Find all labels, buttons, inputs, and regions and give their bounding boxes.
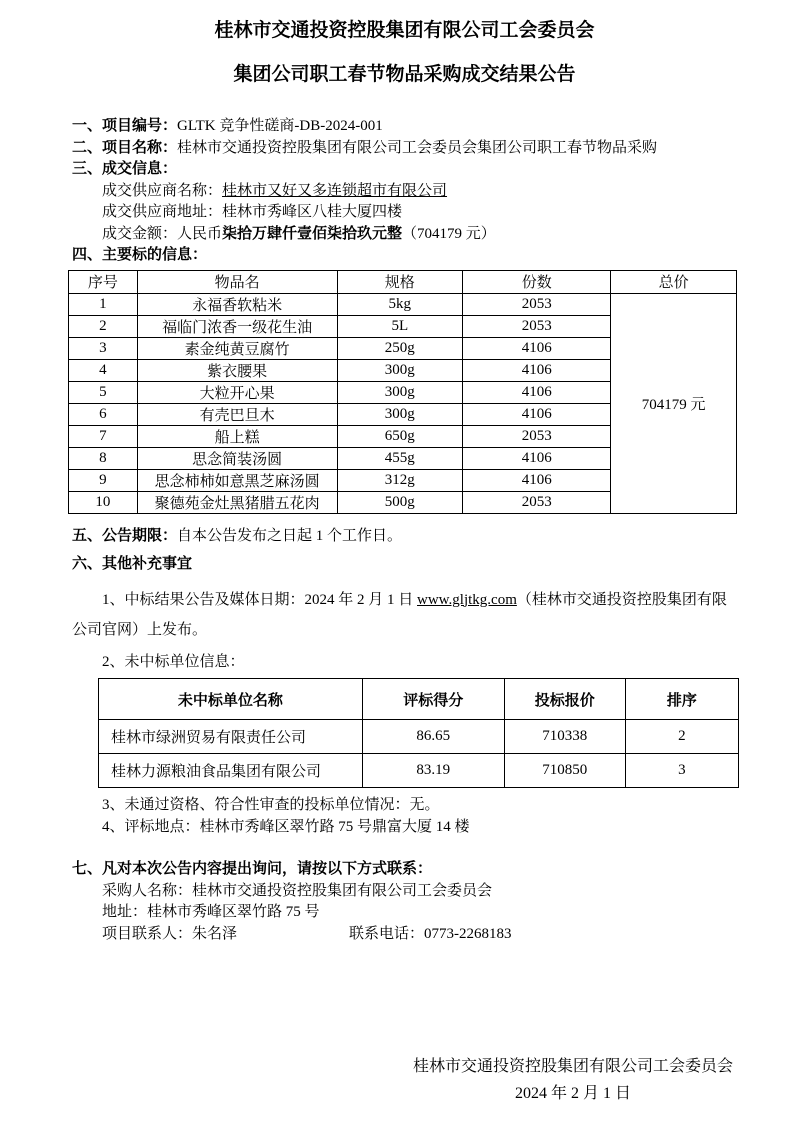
section-1-project-number: 一、项目编号：GLTK 竞争性磋商-DB-2024-001: [72, 116, 737, 138]
section-1-label: 一、项目编号：: [72, 118, 177, 134]
section-5-label: 五、公告期限：: [72, 528, 177, 544]
header-cell-no: 序号: [69, 270, 138, 293]
item-spec: 5kg: [337, 293, 463, 315]
deal-amount-prefix: 人民币: [177, 226, 222, 242]
header-cell-score: 评标得分: [362, 679, 504, 720]
unqualified-bidders-line: 3、未通过资格、符合性审查的投标单位情况：无。: [72, 795, 737, 817]
contact-phone-label: 联系电话：: [349, 926, 424, 942]
item-qty: 4106: [463, 381, 611, 403]
deal-amount-numeric: （704179 元）: [402, 226, 496, 242]
project-name-value: 桂林市交通投资控股集团有限公司工会委员会集团公司职工春节物品采购: [177, 140, 657, 156]
signature-org: 桂林市交通投资控股集团有限公司工会委员会: [413, 1053, 733, 1080]
notice-period-value: 自本公告发布之日起 1 个工作日。: [177, 528, 402, 544]
bidder-score: 83.19: [362, 754, 504, 788]
main-items-table: 序号 物品名 规格 份数 总价 1 永福香软粘米 5kg 2053 704179…: [68, 270, 737, 514]
website-link[interactable]: www.gljtkg.com: [417, 592, 517, 608]
losing-bidders-table: 未中标单位名称 评标得分 投标报价 排序 桂林市绿洲贸易有限责任公司 86.65…: [98, 678, 739, 788]
contact-phone-value: 0773-2268183: [424, 926, 512, 942]
item-name: 聚德苑金灶黑猪腊五花肉: [137, 491, 337, 513]
header-cell-total: 总价: [611, 270, 737, 293]
header-cell-bid-price: 投标报价: [504, 679, 625, 720]
award-publish-prefix: 1、中标结果公告及媒体日期：2024 年 2 月 1 日: [102, 592, 417, 608]
doc-title-line2: 集团公司职工春节物品采购成交结果公告: [72, 64, 737, 85]
item-spec: 300g: [337, 381, 463, 403]
bidder-name: 桂林力源粮油食品集团有限公司: [99, 754, 363, 788]
total-price-cell: 704179 元: [611, 293, 737, 513]
contact-line: 项目联系人：朱名泽联系电话：0773-2268183: [72, 924, 737, 946]
purchaser-address-line: 地址：桂林市秀峰区翠竹路 75 号: [72, 902, 737, 924]
signature-date: 2024 年 2 月 1 日: [413, 1080, 733, 1107]
item-row: 1 永福香软粘米 5kg 2053 704179 元: [69, 293, 737, 315]
losing-bidders-heading: 2、未中标单位信息：: [72, 652, 737, 674]
header-cell-name: 物品名: [137, 270, 337, 293]
bidder-rank: 3: [625, 754, 738, 788]
supplier-name-value: 桂林市又好又多连锁超市有限公司: [222, 183, 447, 199]
deal-amount-label: 成交金额：: [102, 226, 177, 242]
item-spec: 312g: [337, 469, 463, 491]
item-no: 7: [69, 425, 138, 447]
item-no: 10: [69, 491, 138, 513]
header-cell-rank: 排序: [625, 679, 738, 720]
losing-bidder-row: 桂林力源粮油食品集团有限公司 83.19 710850 3: [99, 754, 739, 788]
item-qty: 4106: [463, 359, 611, 381]
item-no: 3: [69, 337, 138, 359]
section-2-label: 二、项目名称：: [72, 140, 177, 156]
item-qty: 4106: [463, 469, 611, 491]
item-spec: 5L: [337, 315, 463, 337]
item-no: 6: [69, 403, 138, 425]
item-qty: 4106: [463, 447, 611, 469]
item-no: 2: [69, 315, 138, 337]
item-qty: 2053: [463, 293, 611, 315]
losing-bidder-row: 桂林市绿洲贸易有限责任公司 86.65 710338 2: [99, 720, 739, 754]
deal-amount-line: 成交金额：人民币柒拾万肆仟壹佰柒拾玖元整（704179 元）: [72, 224, 737, 246]
section-3-heading: 三、成交信息：: [72, 159, 737, 181]
supplier-address-label: 成交供应商地址：: [102, 204, 222, 220]
bidder-name: 桂林市绿洲贸易有限责任公司: [99, 720, 363, 754]
item-spec: 650g: [337, 425, 463, 447]
item-qty: 2053: [463, 491, 611, 513]
item-no: 5: [69, 381, 138, 403]
item-name: 永福香软粘米: [137, 293, 337, 315]
section-4-heading: 四、主要标的信息：: [72, 245, 737, 267]
bidder-score: 86.65: [362, 720, 504, 754]
item-qty: 4106: [463, 337, 611, 359]
section-7-heading: 七、凡对本次公告内容提出询问，请按以下方式联系：: [72, 859, 737, 881]
item-qty: 2053: [463, 315, 611, 337]
item-name: 大粒开心果: [137, 381, 337, 403]
section-5-notice-period: 五、公告期限：自本公告发布之日起 1 个工作日。: [72, 526, 737, 548]
purchaser-label: 采购人名称：: [102, 883, 192, 899]
item-name: 船上糕: [137, 425, 337, 447]
deal-amount-chinese: 柒拾万肆仟壹佰柒拾玖元整: [222, 226, 402, 242]
supplier-address-line: 成交供应商地址：桂林市秀峰区八桂大厦四楼: [72, 202, 737, 224]
section-2-project-name: 二、项目名称：桂林市交通投资控股集团有限公司工会委员会集团公司职工春节物品采购: [72, 138, 737, 160]
document-page: 桂林市交通投资控股集团有限公司工会委员会 集团公司职工春节物品采购成交结果公告 …: [0, 0, 793, 1122]
purchaser-address-value: 桂林市秀峰区翠竹路 75 号: [147, 904, 320, 920]
item-qty: 4106: [463, 403, 611, 425]
bidder-rank: 2: [625, 720, 738, 754]
purchaser-value: 桂林市交通投资控股集团有限公司工会委员会: [192, 883, 492, 899]
item-name: 福临门浓香一级花生油: [137, 315, 337, 337]
item-spec: 500g: [337, 491, 463, 513]
evaluation-location-line: 4、评标地点：桂林市秀峰区翠竹路 75 号鼎富大厦 14 楼: [72, 817, 737, 839]
item-qty: 2053: [463, 425, 611, 447]
contact-person-value: 朱名泽: [192, 926, 237, 942]
item-spec: 300g: [337, 403, 463, 425]
doc-title-line1: 桂林市交通投资控股集团有限公司工会委员会: [72, 20, 737, 41]
signature-block: 桂林市交通投资控股集团有限公司工会委员会 2024 年 2 月 1 日: [413, 1053, 733, 1107]
item-no: 1: [69, 293, 138, 315]
purchaser-line: 采购人名称：桂林市交通投资控股集团有限公司工会委员会: [72, 881, 737, 903]
project-number-value: GLTK 竞争性磋商-DB-2024-001: [177, 118, 383, 134]
item-no: 9: [69, 469, 138, 491]
item-spec: 300g: [337, 359, 463, 381]
purchaser-address-label: 地址：: [102, 904, 147, 920]
supplier-address-value: 桂林市秀峰区八桂大厦四楼: [222, 204, 402, 220]
item-spec: 250g: [337, 337, 463, 359]
supplier-name-line: 成交供应商名称：桂林市又好又多连锁超市有限公司: [72, 181, 737, 203]
item-name: 思念简装汤圆: [137, 447, 337, 469]
award-publish-paragraph: 1、中标结果公告及媒体日期：2024 年 2 月 1 日 www.gljtkg.…: [72, 585, 727, 645]
losing-table-header-row: 未中标单位名称 评标得分 投标报价 排序: [99, 679, 739, 720]
item-name: 思念柿柿如意黑芝麻汤圆: [137, 469, 337, 491]
header-cell-bidder-name: 未中标单位名称: [99, 679, 363, 720]
main-table-header-row: 序号 物品名 规格 份数 总价: [69, 270, 737, 293]
header-cell-spec: 规格: [337, 270, 463, 293]
header-cell-qty: 份数: [463, 270, 611, 293]
supplier-name-label: 成交供应商名称：: [102, 183, 222, 199]
bidder-price: 710338: [504, 720, 625, 754]
contact-person-label: 项目联系人：: [102, 926, 192, 942]
bidder-price: 710850: [504, 754, 625, 788]
section-6-heading: 六、其他补充事宜: [72, 554, 737, 576]
item-name: 素金纯黄豆腐竹: [137, 337, 337, 359]
item-spec: 455g: [337, 447, 463, 469]
item-no: 4: [69, 359, 138, 381]
item-name: 紫衣腰果: [137, 359, 337, 381]
item-name: 有壳巴旦木: [137, 403, 337, 425]
item-no: 8: [69, 447, 138, 469]
